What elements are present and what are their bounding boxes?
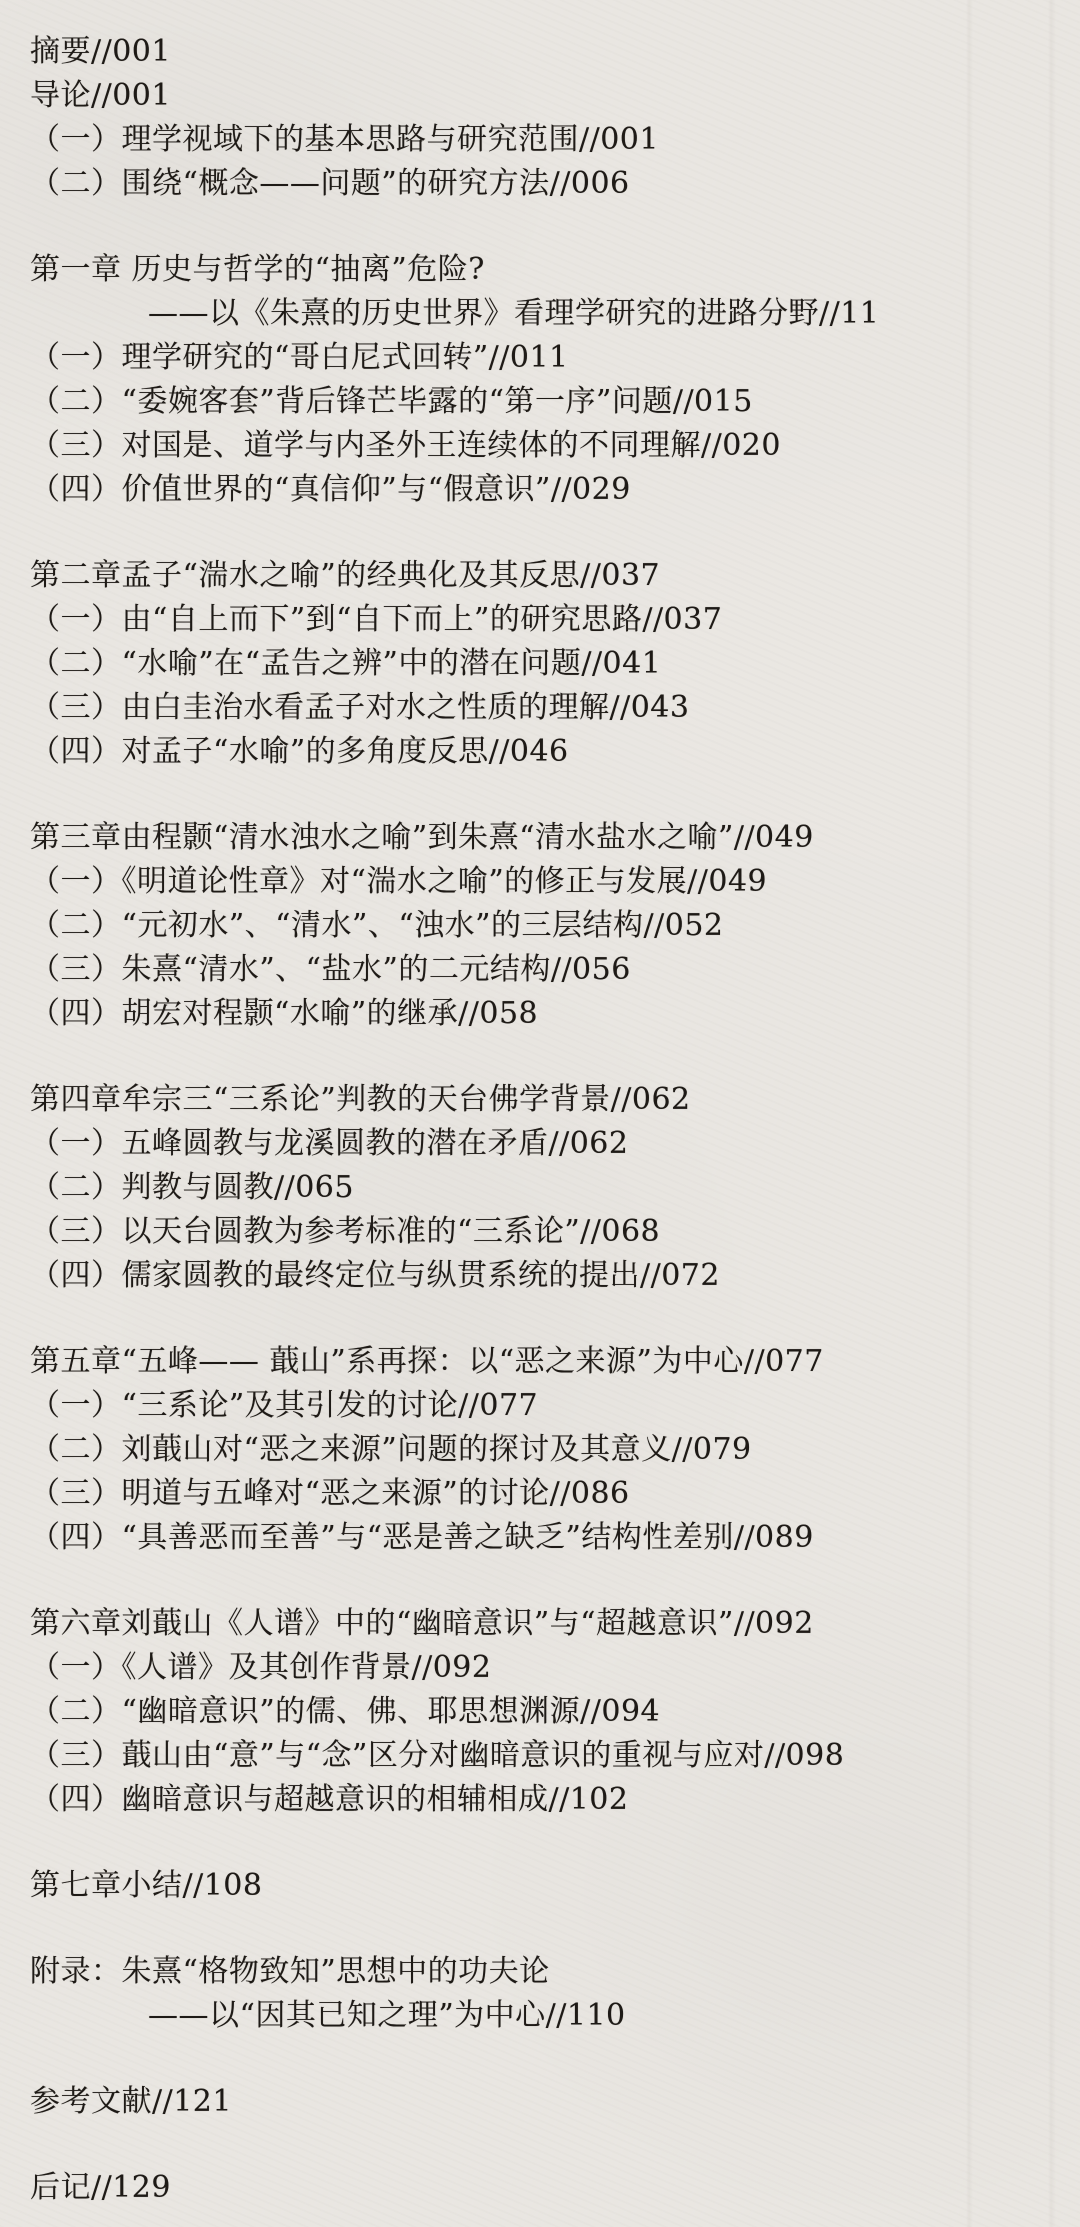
toc-group-chapter-4: 第四章牟宗三“三系论”判教的天台佛学背景//062 （一）五峰圆教与龙溪圆教的潜…: [30, 1078, 1066, 1298]
toc-entry-postscript: 后记//129: [30, 2166, 1066, 2210]
toc-entry-introduction: 导论//001: [30, 74, 1066, 118]
chapter-6-title: 第六章刘蕺山《人谱》中的“幽暗意识”与“超越意识”//092: [30, 1602, 1066, 1646]
toc-section: （一）五峰圆教与龙溪圆教的潜在矛盾//062: [30, 1122, 1066, 1166]
toc-group-appendix: 附录：朱熹“格物致知”思想中的功夫论 ——以“因其已知之理”为中心//110: [30, 1950, 1066, 2038]
toc-section: （一）《人谱》及其创作背景//092: [30, 1646, 1066, 1690]
toc-entry-abstract: 摘要//001: [30, 30, 1066, 74]
chapter-1-title: 第一章 历史与哲学的“抽离”危险?: [30, 248, 1066, 292]
toc-group-chapter-2: 第二章孟子“湍水之喻”的经典化及其反思//037 （一）由“自上而下”到“自下而…: [30, 554, 1066, 774]
chapter-7-title: 第七章小结//108: [30, 1864, 1066, 1908]
toc-section: （一）“三系论”及其引发的讨论//077: [30, 1384, 1066, 1428]
toc-section: （二）“幽暗意识”的儒、佛、耶思想渊源//094: [30, 1690, 1066, 1734]
toc-section: （二）“委婉客套”背后锋芒毕露的“第一序”问题//015: [30, 380, 1066, 424]
toc-group-chapter-1: 第一章 历史与哲学的“抽离”危险? ——以《朱熹的历史世界》看理学研究的进路分野…: [30, 248, 1066, 512]
toc-section: （一）理学研究的“哥白尼式回转”//011: [30, 336, 1066, 380]
toc-page: 摘要//001 导论//001 （一）理学视域下的基本思路与研究范围//001 …: [0, 0, 1080, 2210]
toc-group-chapter-6: 第六章刘蕺山《人谱》中的“幽暗意识”与“超越意识”//092 （一）《人谱》及其…: [30, 1602, 1066, 1822]
toc-section: （三）蕺山由“意”与“念”区分对幽暗意识的重视与应对//098: [30, 1734, 1066, 1778]
toc-section: （二）刘蕺山对“恶之来源”问题的探讨及其意义//079: [30, 1428, 1066, 1472]
toc-section: （四）儒家圆教的最终定位与纵贯系统的提出//072: [30, 1254, 1066, 1298]
toc-section: （四）幽暗意识与超越意识的相辅相成//102: [30, 1778, 1066, 1822]
toc-section: （二）“元初水”、“清水”、“浊水”的三层结构//052: [30, 904, 1066, 948]
toc-section: （一）由“自上而下”到“自下而上”的研究思路//037: [30, 598, 1066, 642]
appendix-subtitle: ——以“因其已知之理”为中心//110: [30, 1994, 1066, 2038]
toc-section: （三）由白圭治水看孟子对水之性质的理解//043: [30, 686, 1066, 730]
appendix-title: 附录：朱熹“格物致知”思想中的功夫论: [30, 1950, 1066, 1994]
toc-section: （三）对国是、道学与内圣外王连续体的不同理解//020: [30, 424, 1066, 468]
chapter-3-title: 第三章由程颢“清水浊水之喻”到朱熹“清水盐水之喻”//049: [30, 816, 1066, 860]
toc-group-postscript: 后记//129: [30, 2166, 1066, 2210]
toc-entry-references: 参考文献//121: [30, 2080, 1066, 2124]
toc-section: （三）明道与五峰对“恶之来源”的讨论//086: [30, 1472, 1066, 1516]
toc-section: （四）对孟子“水喻”的多角度反思//046: [30, 730, 1066, 774]
chapter-2-title: 第二章孟子“湍水之喻”的经典化及其反思//037: [30, 554, 1066, 598]
toc-group-references: 参考文献//121: [30, 2080, 1066, 2124]
toc-section: （二）“水喻”在“孟告之辨”中的潜在问题//041: [30, 642, 1066, 686]
toc-group-chapter-3: 第三章由程颢“清水浊水之喻”到朱熹“清水盐水之喻”//049 （一）《明道论性章…: [30, 816, 1066, 1036]
toc-section: （四）“具善恶而至善”与“恶是善之缺乏”结构性差别//089: [30, 1516, 1066, 1560]
chapter-1-subtitle: ——以《朱熹的历史世界》看理学研究的进路分野//11: [30, 292, 1066, 336]
chapter-5-title: 第五章“五峰—— 蕺山”系再探：以“恶之来源”为中心//077: [30, 1340, 1066, 1384]
toc-section: （三）朱熹“清水”、“盐水”的二元结构//056: [30, 948, 1066, 992]
toc-section: （一）《明道论性章》对“湍水之喻”的修正与发展//049: [30, 860, 1066, 904]
chapter-4-title: 第四章牟宗三“三系论”判教的天台佛学背景//062: [30, 1078, 1066, 1122]
toc-section: （一）理学视域下的基本思路与研究范围//001: [30, 118, 1066, 162]
toc-section: （三）以天台圆教为参考标准的“三系论”//068: [30, 1210, 1066, 1254]
toc-section: （二）判教与圆教//065: [30, 1166, 1066, 1210]
toc-section: （二）围绕“概念——问题”的研究方法//006: [30, 162, 1066, 206]
toc-group-chapter-5: 第五章“五峰—— 蕺山”系再探：以“恶之来源”为中心//077 （一）“三系论”…: [30, 1340, 1066, 1560]
toc-group-chapter-7: 第七章小结//108: [30, 1864, 1066, 1908]
toc-section: （四）胡宏对程颢“水喻”的继承//058: [30, 992, 1066, 1036]
toc-section: （四）价值世界的“真信仰”与“假意识”//029: [30, 468, 1066, 512]
toc-group-front-matter: 摘要//001 导论//001 （一）理学视域下的基本思路与研究范围//001 …: [30, 30, 1066, 206]
